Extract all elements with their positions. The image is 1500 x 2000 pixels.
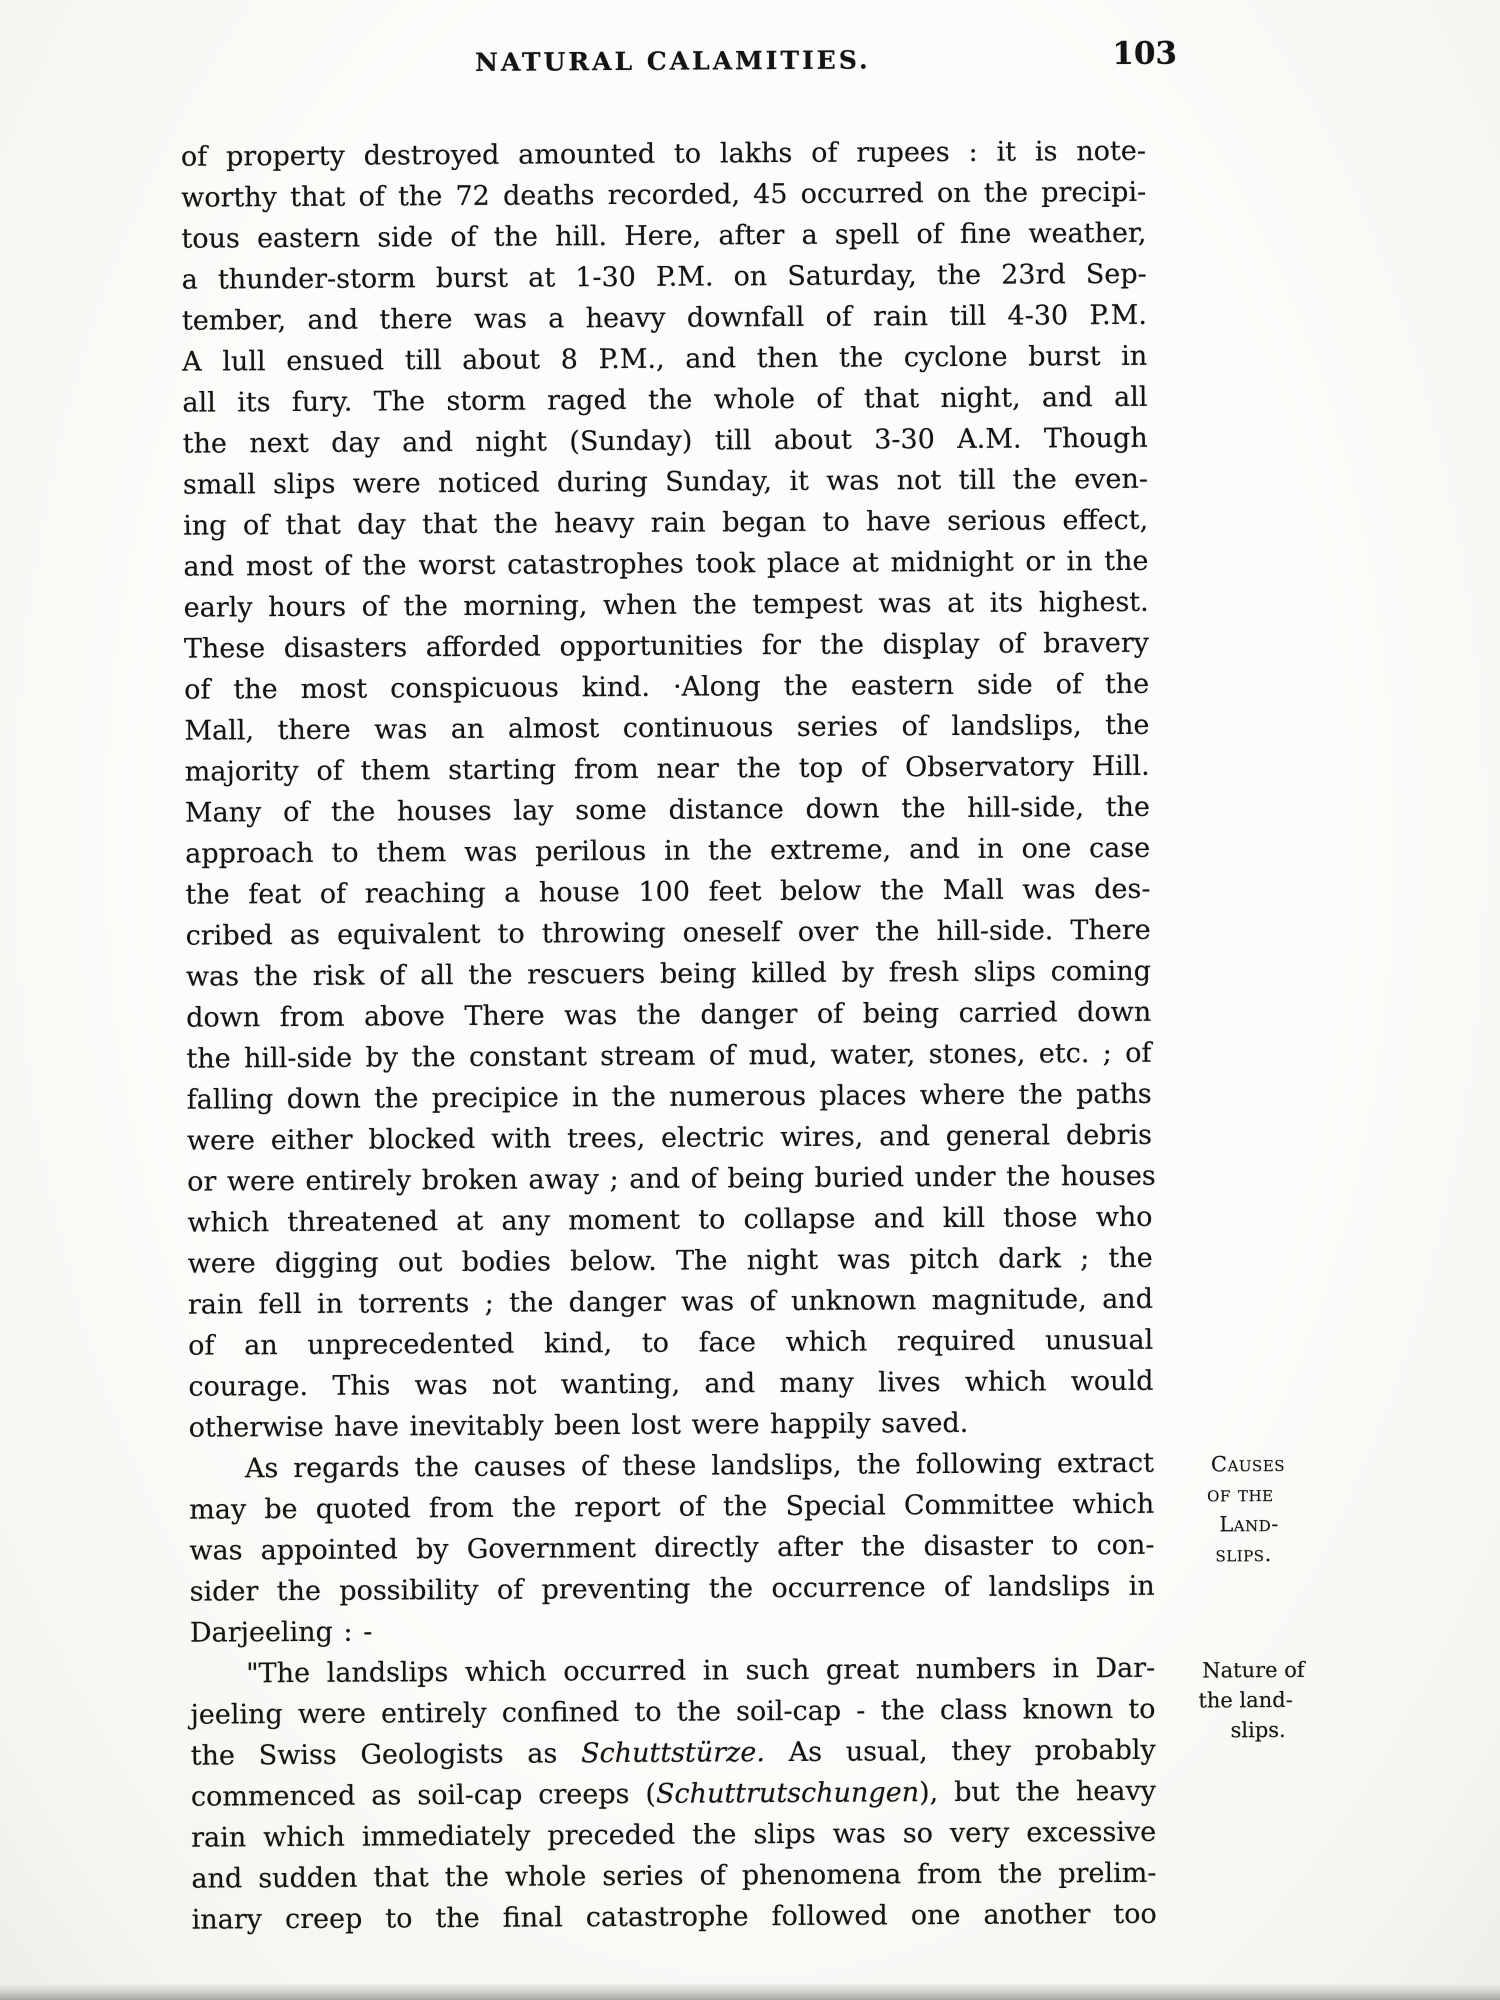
text-segment: which threatened at any moment to collap… (187, 1202, 1152, 1239)
text-line: majority of them starting from near the … (185, 746, 1150, 793)
text-line: These disasters afforded opportunities f… (184, 623, 1149, 670)
text-segment: or were entirely broken away ; and of be… (187, 1161, 1156, 1198)
text-line: all its fury. The storm raged the whole … (182, 377, 1147, 424)
text-segment: small slips were noticed during Sunday, … (183, 464, 1148, 501)
text-segment: falling down the precipice in the numero… (187, 1079, 1152, 1116)
text-line: or were entirely broken away ; and of be… (187, 1156, 1152, 1203)
text-line: small slips were noticed during Sunday, … (183, 459, 1148, 506)
text-segment: worthy that of the 72 deaths recorded, 4… (181, 177, 1146, 214)
paragraph: of property destroyed amounted to lakhs … (181, 131, 1154, 1449)
text-line: ing of that day that the heavy rain bega… (183, 500, 1148, 547)
text-segment: of property destroyed amounted to lakhs … (181, 136, 1146, 173)
margin-note-line: of the (1175, 1479, 1340, 1510)
text-line: of the most conspicuous kind. ·Along the… (184, 664, 1149, 711)
text-segment: cribed as equivalent to throwing oneself… (186, 915, 1151, 952)
margin-note-nature-of-the-landslips: Nature ofthe land-slips. (1176, 1655, 1342, 1746)
text-segment: tember, and there was a heavy downfall o… (182, 300, 1147, 337)
running-header-title: NATURAL CALAMITIES. (180, 44, 1165, 79)
text-line: jeeling were entirely confined to the so… (190, 1689, 1155, 1736)
margin-note-line: Land- (1175, 1509, 1340, 1540)
text-segment: As regards the causes of these landslips… (245, 1448, 1154, 1485)
text-segment: ), but the heavy (919, 1776, 1156, 1808)
paragraph: As regards the causes of these landslips… (189, 1443, 1155, 1654)
text-segment: all its fury. The storm raged the whole … (182, 382, 1147, 419)
text-segment: These disasters afforded opportunities f… (184, 628, 1149, 665)
text-segment: the next day and night (Sunday) till abo… (183, 423, 1148, 460)
margin-note-line: slips. (1176, 1715, 1341, 1746)
text-segment: the hill-side by the constant stream of … (186, 1038, 1151, 1075)
text-segment: jeeling were entirely confined to the so… (190, 1694, 1155, 1731)
text-segment: were either blocked with trees, electric… (187, 1120, 1152, 1157)
text-segment: commenced as soil-cap creeps ( (191, 1779, 656, 1813)
text-segment: of an unprecedented kind, to face which … (188, 1325, 1153, 1362)
page-number: 103 (1112, 36, 1177, 72)
text-line: otherwise have inevitably been lost were… (189, 1402, 1154, 1449)
text-line: the feat of reaching a house 100 feet be… (185, 869, 1150, 916)
text-segment: approach to them was perilous in the ext… (185, 833, 1150, 870)
text-segment: and sudden that the whole series of phen… (191, 1858, 1156, 1895)
text-line: down from above There was the danger of … (186, 992, 1151, 1039)
text-line: Mall, there was an almost continuous ser… (184, 705, 1149, 752)
text-line: approach to them was perilous in the ext… (185, 828, 1150, 875)
text-segment: As usual, they probably (765, 1735, 1156, 1768)
text-segment: were digging out bodies below. The night… (188, 1243, 1153, 1280)
italic-text-segment: Schuttstürze. (581, 1737, 765, 1769)
text-column: of property destroyed amounted to lakhs … (181, 131, 1157, 1941)
text-line: As regards the causes of these landslips… (189, 1443, 1154, 1490)
text-segment: A lull ensued till about 8 P.M., and the… (182, 341, 1147, 378)
text-segment: was appointed by Government directly aft… (189, 1530, 1154, 1567)
text-line: were digging out bodies below. The night… (188, 1238, 1153, 1285)
text-line: rain which immediately preceded the slip… (191, 1812, 1156, 1859)
text-segment: down from above There was the danger of … (186, 997, 1151, 1034)
book-page: NATURAL CALAMITIES. 103 of property dest… (0, 0, 1500, 2000)
text-line: worthy that of the 72 deaths recorded, 4… (181, 172, 1146, 219)
text-line: may be quoted from the report of the Spe… (189, 1484, 1154, 1531)
text-segment: early hours of the morning, when the tem… (184, 587, 1149, 624)
text-segment: tous eastern side of the hill. Here, aft… (181, 218, 1146, 255)
text-line: sider the possibility of preventing the … (190, 1566, 1155, 1613)
text-line: and most of the worst catastrophes took … (183, 541, 1148, 588)
text-line: the hill-side by the constant stream of … (186, 1033, 1151, 1080)
text-segment: the feat of reaching a house 100 feet be… (185, 874, 1150, 911)
margin-note-line: Causes (1175, 1449, 1340, 1480)
scan-bottom-edge-shadow (0, 1984, 1500, 2000)
text-line: were either blocked with trees, electric… (187, 1115, 1152, 1162)
text-line: falling down the precipice in the numero… (187, 1074, 1152, 1121)
text-line: "The landslips which occurred in such gr… (190, 1648, 1155, 1695)
text-segment: otherwise have inevitably been lost were… (189, 1408, 969, 1444)
page-content: NATURAL CALAMITIES. 103 of property dest… (0, 0, 1500, 2000)
text-segment: a thunder-storm burst at 1-30 P.M. on Sa… (182, 259, 1147, 296)
text-segment: Darjeeling : - (190, 1617, 372, 1649)
text-segment: inary creep to the final catastrophe fol… (192, 1899, 1157, 1936)
text-line: commenced as soil-cap creeps (Schuttruts… (191, 1771, 1156, 1818)
margin-note-line: slips. (1175, 1539, 1340, 1570)
text-line: of property destroyed amounted to lakhs … (181, 131, 1146, 178)
text-segment: rain fell in torrents ; the danger was o… (188, 1284, 1153, 1321)
text-line: which threatened at any moment to collap… (187, 1197, 1152, 1244)
text-line: was appointed by Government directly aft… (189, 1525, 1154, 1572)
text-segment: sider the possibility of preventing the … (190, 1571, 1155, 1608)
text-line: A lull ensued till about 8 P.M., and the… (182, 336, 1147, 383)
text-segment: and most of the worst catastrophes took … (183, 546, 1148, 583)
paragraph: "The landslips which occurred in such gr… (190, 1648, 1157, 1941)
text-line: of an unprecedented kind, to face which … (188, 1320, 1153, 1367)
text-segment: Many of the houses lay some distance dow… (185, 792, 1150, 829)
text-line: inary creep to the final catastrophe fol… (192, 1894, 1157, 1941)
text-segment: ing of that day that the heavy rain bega… (183, 505, 1148, 542)
text-segment: "The landslips which occurred in such gr… (246, 1653, 1155, 1690)
text-line: cribed as equivalent to throwing oneself… (186, 910, 1151, 957)
text-segment: Mall, there was an almost continuous ser… (184, 710, 1149, 747)
text-line: early hours of the morning, when the tem… (184, 582, 1149, 629)
text-line: the next day and night (Sunday) till abo… (183, 418, 1148, 465)
margin-note-line: the land- (1176, 1685, 1341, 1716)
text-line: tember, and there was a heavy downfall o… (182, 295, 1147, 342)
margin-note-line: Nature of (1176, 1655, 1341, 1686)
text-line: Darjeeling : - (190, 1607, 1155, 1654)
text-segment: rain which immediately preceded the slip… (191, 1817, 1156, 1854)
text-line: a thunder-storm burst at 1-30 P.M. on Sa… (182, 254, 1147, 301)
text-line: tous eastern side of the hill. Here, aft… (181, 213, 1146, 260)
text-line: the Swiss Geologists as Schuttstürze. As… (191, 1730, 1156, 1777)
text-segment: courage. This was not wanting, and many … (188, 1366, 1153, 1403)
text-segment: the Swiss Geologists as (191, 1738, 581, 1771)
margin-note-causes-of-the-landslips: Causesof theLand-slips. (1175, 1449, 1341, 1570)
text-segment: of the most conspicuous kind. ·Along the… (184, 669, 1149, 706)
text-line: courage. This was not wanting, and many … (188, 1361, 1153, 1408)
text-segment: may be quoted from the report of the Spe… (189, 1489, 1154, 1526)
text-line: was the risk of all the rescuers being k… (186, 951, 1151, 998)
text-segment: majority of them starting from near the … (185, 751, 1150, 788)
text-line: and sudden that the whole series of phen… (191, 1853, 1156, 1900)
text-segment: was the risk of all the rescuers being k… (186, 956, 1151, 993)
italic-text-segment: Schuttrutschungen (656, 1777, 919, 1810)
text-line: rain fell in torrents ; the danger was o… (188, 1279, 1153, 1326)
text-line: Many of the houses lay some distance dow… (185, 787, 1150, 834)
